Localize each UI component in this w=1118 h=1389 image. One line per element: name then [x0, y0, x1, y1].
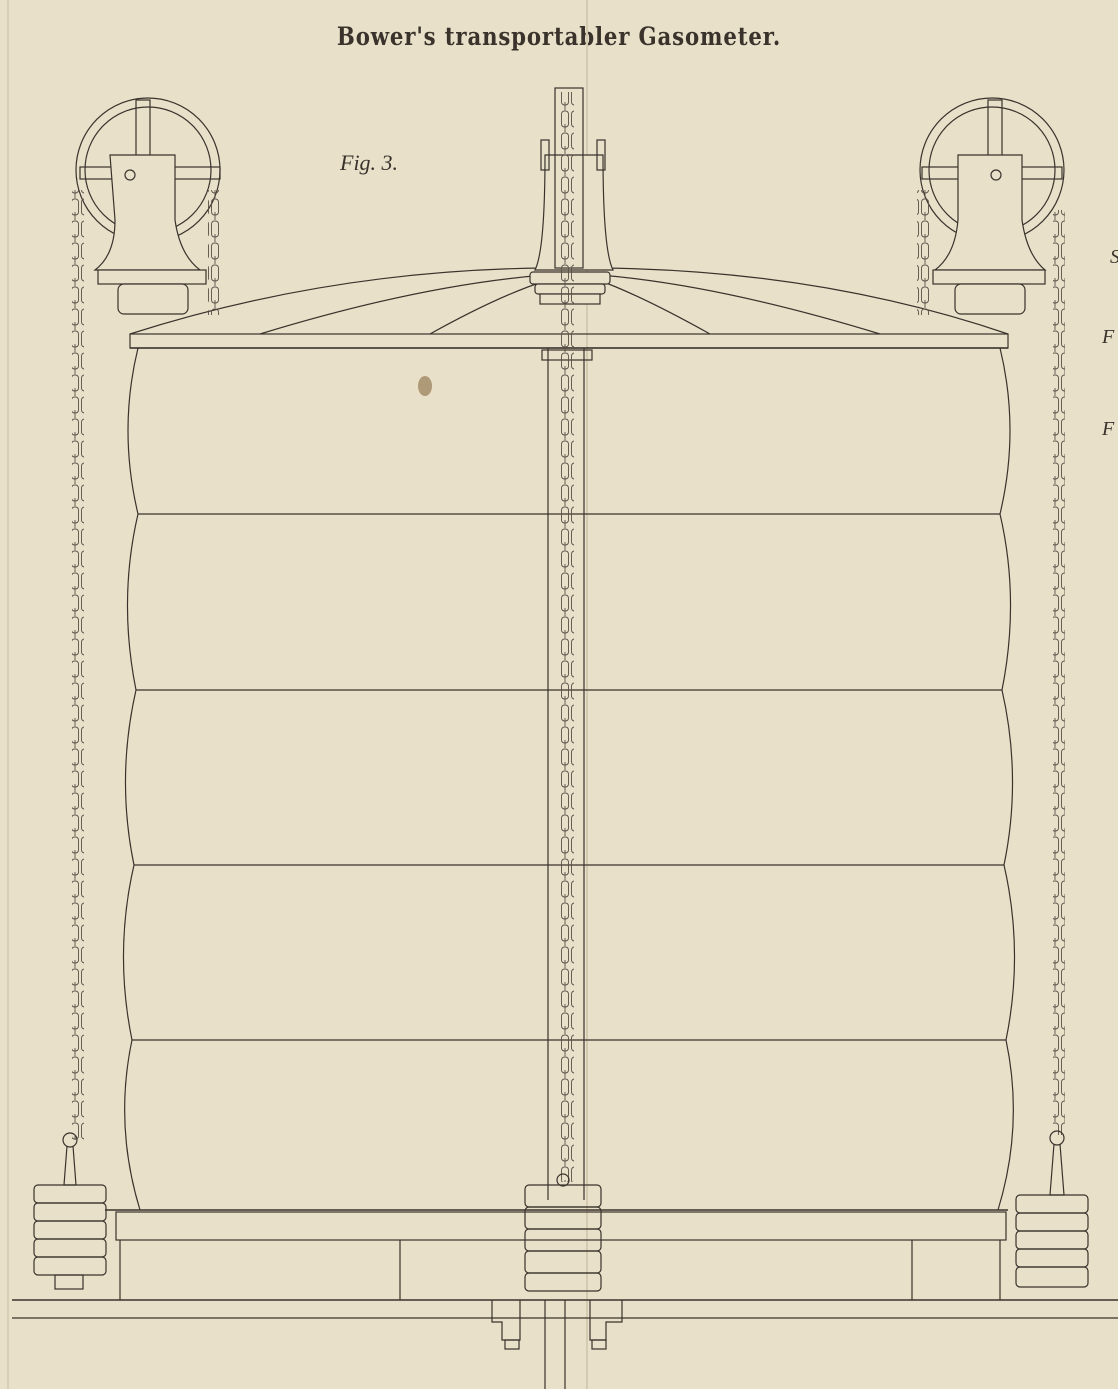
central-guide-column — [530, 88, 613, 1200]
base-frame — [12, 1210, 1118, 1389]
right-counterweight — [1016, 1195, 1088, 1287]
engraving-plate: Bower's transportabler Gasometer. Fig. 3… — [0, 0, 1118, 1389]
center-counterweight — [525, 1185, 601, 1291]
right-pulley — [917, 98, 1065, 1195]
left-counterweight — [34, 1185, 106, 1289]
gasometer-drawing — [0, 0, 1118, 1389]
left-pulley — [63, 98, 220, 1185]
